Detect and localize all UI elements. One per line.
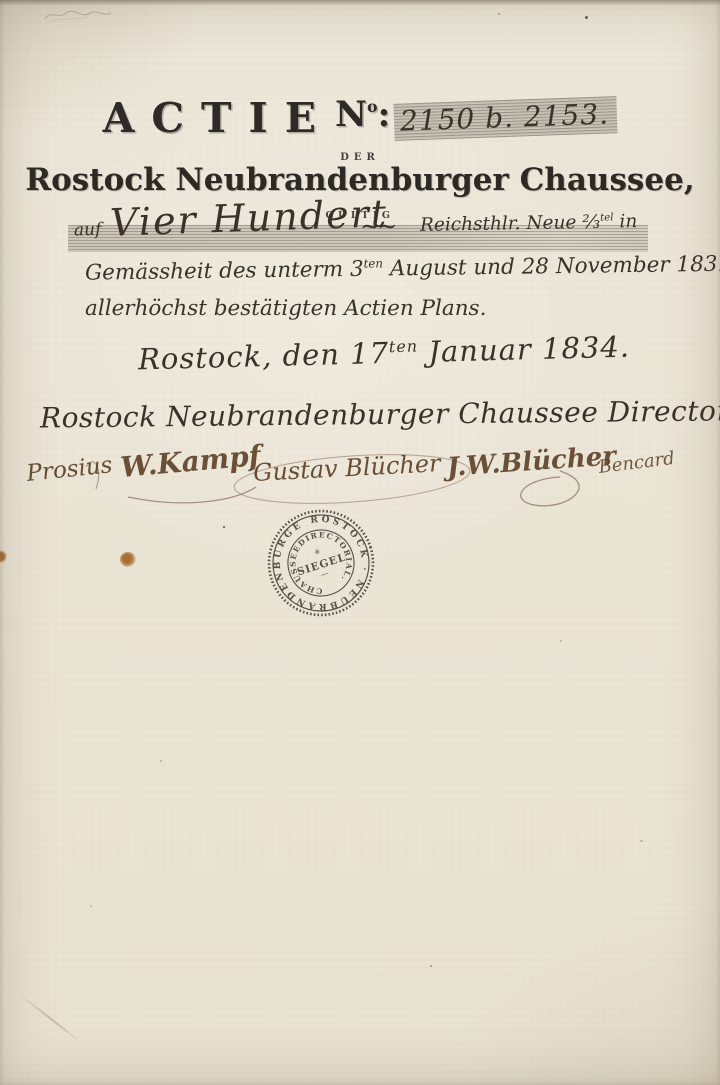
- number-superscript: o: [367, 97, 378, 116]
- paper-speck: [560, 640, 562, 642]
- paper-speck: [223, 526, 225, 528]
- date-line-a: Rostock, den 17: [138, 336, 390, 377]
- directorium-seal-stamp: ROSTOCK · NEUBRANDENBURGER · CHAUSSEEDIR…: [256, 498, 386, 628]
- value-prefix: auf: [74, 220, 102, 241]
- paper-speck: [90, 905, 92, 907]
- plan-line-1a: Gemässheit des unterm 3: [85, 257, 364, 286]
- share-number-value: 2150 b. 2153.: [400, 97, 610, 137]
- paper-speck: [160, 760, 162, 762]
- plan-line-1b: August und 28 November 1831: [383, 252, 720, 282]
- date-line-sup: ten: [389, 336, 419, 356]
- date-line-b: Januar 1834.: [418, 330, 631, 370]
- value-currency: Reichsthlr. Neue ⅔tel in: [420, 211, 638, 236]
- paper-speck: [640, 840, 643, 842]
- pencil-mark: [42, 4, 114, 28]
- signature-1: Prosius: [25, 452, 113, 487]
- currency-end: in: [613, 211, 637, 232]
- currency-superscript: tel: [600, 212, 614, 223]
- seal-dash: —: [319, 568, 329, 579]
- certificate-document: ACTIE No: 2150 b. 2153. DER Rostock Neub…: [0, 0, 720, 1085]
- seal-star: ✳: [313, 547, 322, 558]
- actie-title: ACTIE: [103, 94, 333, 142]
- foxing-spot: [120, 552, 136, 567]
- plan-line-2: allerhöchst bestätigten Actien Plans.: [85, 296, 486, 321]
- directorium-line: Rostock Neubrandenburger Chaussee Direct…: [40, 394, 710, 434]
- currency-text: Reichsthlr. Neue ⅔: [420, 212, 601, 236]
- number-letter: N: [335, 94, 367, 135]
- date-line: Rostock, den 17ten Januar 1834.: [138, 330, 631, 377]
- signature-3: Gustav Blücher: [253, 449, 442, 487]
- paper-speck: [585, 16, 588, 19]
- number-colon: :: [377, 94, 390, 135]
- paper-speck: [430, 965, 432, 967]
- share-number-strip: 2150 b. 2153.: [394, 96, 618, 141]
- signature-2: W.Kampf: [119, 439, 262, 484]
- headline-row: ACTIE No: 2150 b. 2153.: [0, 94, 720, 142]
- number-label: No:: [335, 94, 390, 135]
- paper-speck: [498, 13, 500, 15]
- foxing-spot: [0, 550, 7, 563]
- plan-line-1-sup: ten: [364, 256, 384, 270]
- signature-4: J.W.Blücher: [446, 441, 617, 483]
- value-squiggle: ∼∼: [360, 212, 394, 240]
- paper-crease: [20, 994, 83, 1044]
